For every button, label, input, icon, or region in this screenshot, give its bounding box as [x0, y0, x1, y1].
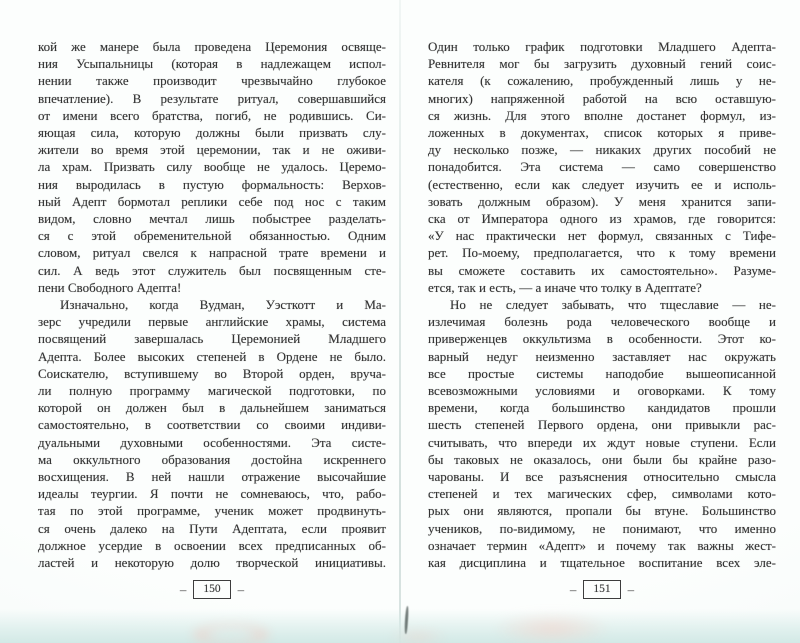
book-spread-photo: кой же манере была проведена Церемония о… [0, 0, 800, 643]
text-line: Но не следует забывать, что тщеславие — … [428, 296, 776, 313]
text-line: ла храм. Призвать силу вообще не удалось… [38, 158, 386, 175]
text-line: понадобится. Эта система — само совершен… [428, 158, 776, 175]
text-line: кой же манере была проведена Церемония о… [38, 38, 386, 55]
text-line: считывать, что впереди их ждут новые сту… [428, 434, 776, 451]
page-number-dash: – [238, 582, 245, 598]
text-line: кая дисциплина и тщательное воспитание в… [428, 554, 776, 571]
text-line: ния выродилась в пустую формальность: Ве… [38, 176, 386, 193]
page-number-dash: – [180, 582, 187, 598]
text-line: Адепта. Более высоких степеней в Ордене … [38, 348, 386, 365]
page-number-dash: – [628, 582, 635, 598]
text-line: зерс учредили первые английские храмы, с… [38, 313, 386, 330]
text-line: приверженцев оккультизма в особенности. … [428, 330, 776, 347]
text-line: пени Свободного Адепта! [38, 279, 386, 296]
text-line: рет. По-моему, предполагается, что к том… [428, 244, 776, 261]
text-line: всевозможными условиями и оговорками. К … [428, 382, 776, 399]
text-line: ду несколько позже, — никаких других пос… [428, 141, 776, 158]
text-line: означает термин «Адепт» и почему так важ… [428, 537, 776, 554]
text-line: впечатление). В результате ритуал, совер… [38, 90, 386, 107]
text-line: ния Усыпальницы (которая в надлежащем ис… [38, 55, 386, 72]
left-page-number: –150– [38, 580, 386, 599]
text-line: учеников, по-видимому, не понимают, что … [428, 520, 776, 537]
text-line: все простые системы наподобие вышеописан… [428, 365, 776, 382]
text-line: видом, словно мечтал лишь побыстрее разд… [38, 210, 386, 227]
text-line: ли полную программу магической подготовк… [38, 382, 386, 399]
text-line: ный Адепт бормотал реплики себе под нос … [38, 193, 386, 210]
text-line: кателя (к сожалению, пробужденный лишь у… [428, 72, 776, 89]
text-line: дуальными духовными особенностями. Эта с… [38, 434, 386, 451]
page-number-box: 151 [583, 580, 620, 599]
pink-smudge [492, 612, 612, 643]
text-line: Изначально, когда Вудман, Уэсткотт и Ма- [38, 296, 386, 313]
text-line: яющая сила, которую должны были призвать… [38, 124, 386, 141]
text-line: сил. А ведь этот служитель был посвященн… [38, 262, 386, 279]
spine-gutter-shadow [399, 0, 401, 643]
text-line: восхищения. В ней нашли отражение высоча… [38, 468, 386, 485]
text-line: которой он должен был в дальнейшем заним… [38, 399, 386, 416]
text-line: тая по этой программе, ученик может прод… [38, 502, 386, 519]
text-line: ся очень далеко на Пути Адептата, если п… [38, 520, 386, 537]
spine-ink-mark [404, 606, 409, 634]
text-line: шесть степеней Первого ордена, они привы… [428, 416, 776, 433]
bottom-page-edge-tint [0, 609, 800, 643]
text-line: «У нас практически нет формул, связанных… [428, 227, 776, 244]
text-line: ластей и некоторую долю творческой иници… [38, 554, 386, 571]
text-line: ся с этой обременительной обязанностью. … [38, 227, 386, 244]
text-line: должное усердие в освоении всех предписа… [38, 537, 386, 554]
right-page-number: –151– [428, 580, 776, 599]
text-line: словом, ритуал свелся к напрасной трате … [38, 244, 386, 261]
text-line: чарованы. И все разъяснения относительно… [428, 468, 776, 485]
text-line: зовать должным образом). У меня хранится… [428, 193, 776, 210]
text-line: жители во время этой церемонии, так и не… [38, 141, 386, 158]
text-line: посвящений завершалась Церемонией Младше… [38, 330, 386, 347]
text-line: степеней и тех магических сфер, символам… [428, 485, 776, 502]
text-line: от имени всего братства, погиб, не родив… [38, 107, 386, 124]
page-number-dash: – [570, 582, 577, 598]
pink-smudge [192, 624, 270, 643]
text-line: варный недуг неизменно заставляет нас ок… [428, 348, 776, 365]
text-line: ся жизнь. Для этого вполне достанет форм… [428, 107, 776, 124]
right-page-text: Один только график подготовки Младшего А… [428, 38, 776, 571]
text-line: ска от Императора одного из храмов, где … [428, 210, 776, 227]
text-line: многих) напряженной работой на всю остав… [428, 90, 776, 107]
pink-smudge [388, 628, 448, 643]
text-line: (естественно, если как следует изучить е… [428, 176, 776, 193]
text-line: ложенных в документах, список которых я … [428, 124, 776, 141]
text-line: Ревнителя мог бы загрузить духовный гени… [428, 55, 776, 72]
text-line: бы таковых не оказалось, они были бы кра… [428, 451, 776, 468]
text-line: идеалы теургии. Я почти не сомневаюсь, ч… [38, 485, 386, 502]
text-line: нении также производит чрезвычайно глубо… [38, 72, 386, 89]
text-line: Соискателю, вступившему во Второй орден,… [38, 365, 386, 382]
text-line: вы сможете составить их самостоятельно».… [428, 262, 776, 279]
text-line: самостоятельно, в соответствии со своими… [38, 416, 386, 433]
text-line: времени, когда большинство кандидатов пр… [428, 399, 776, 416]
text-line: ется, так и есть, — а иначе что толку в … [428, 279, 776, 296]
text-line: излечимая болезнь рода человеческого воо… [428, 313, 776, 330]
text-line: ма оккультного образования достойна искр… [38, 451, 386, 468]
text-line: рых они являются, пропали бы втуне. Боль… [428, 502, 776, 519]
left-page-text: кой же манере была проведена Церемония о… [38, 38, 386, 571]
text-line: Один только график подготовки Младшего А… [428, 38, 776, 55]
page-number-box: 150 [193, 580, 230, 599]
